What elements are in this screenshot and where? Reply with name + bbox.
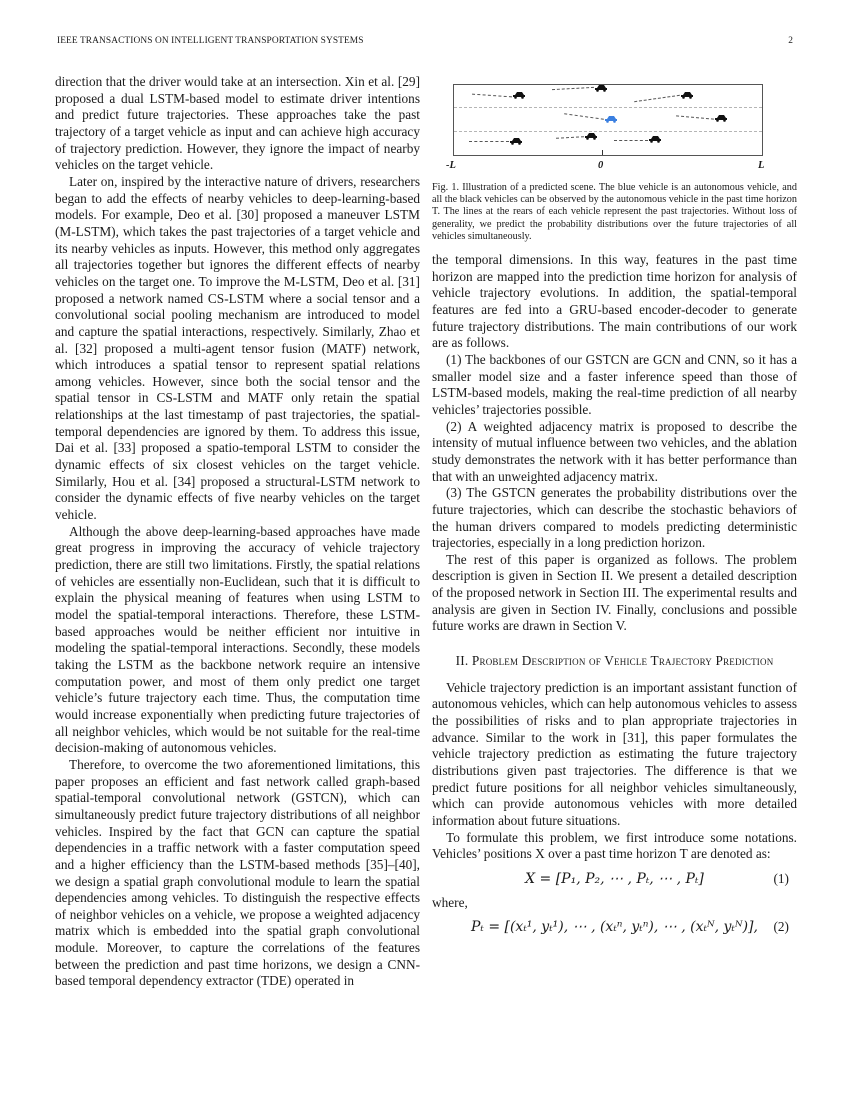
- axis-label-neg-l: -L: [446, 158, 456, 175]
- right-column: -L 0 L Fig. 1. Illustration of a predict…: [432, 74, 797, 944]
- running-header: IEEE TRANSACTIONS ON INTELLIGENT TRANSPO…: [57, 36, 793, 50]
- vehicle-icon: [680, 91, 694, 99]
- paragraph: direction that the driver would take at …: [55, 74, 420, 174]
- autonomous-vehicle-icon: [604, 115, 618, 123]
- where-label: where,: [432, 895, 797, 912]
- axis-label-zero: 0: [598, 158, 603, 175]
- contribution-2: (2) A weighted adjacency matrix is propo…: [432, 419, 797, 486]
- trajectory-line: [614, 140, 648, 141]
- contribution-3: (3) The GSTCN generates the probability …: [432, 485, 797, 552]
- vehicle-icon: [594, 84, 608, 92]
- contribution-1: (1) The backbones of our GSTCN are GCN a…: [432, 352, 797, 419]
- trajectory-line: [634, 95, 680, 102]
- paragraph: Vehicle trajectory prediction is an impo…: [432, 680, 797, 830]
- trajectory-line: [676, 115, 714, 119]
- paragraph: the temporal dimensions. In this way, fe…: [432, 252, 797, 352]
- vehicle-icon: [584, 132, 598, 140]
- trajectory-line: [472, 94, 512, 98]
- trajectory-line: [556, 136, 584, 138]
- equation-2-number: (2): [773, 919, 789, 936]
- lane-divider: [454, 107, 762, 108]
- paragraph: Therefore, to overcome the two aforement…: [55, 757, 420, 990]
- paragraph: Later on, inspired by the interactive na…: [55, 174, 420, 524]
- paragraph: Although the above deep-learning-based a…: [55, 524, 420, 757]
- section-heading: II. Problem Description of Vehicle Traje…: [432, 653, 797, 670]
- figure-1: -L 0 L Fig. 1. Illustration of a predict…: [432, 74, 797, 252]
- vehicle-icon: [714, 114, 728, 122]
- trajectory-line: [469, 141, 509, 142]
- vehicle-icon: [512, 91, 526, 99]
- equation-2-body: Pₜ = [(xₜ¹, yₜ¹), ⋯ , (xₜⁿ, yₜⁿ), ⋯ , (x…: [471, 919, 758, 936]
- vehicle-icon: [509, 137, 523, 145]
- figure-caption: Fig. 1. Illustration of a predicted scen…: [432, 182, 797, 243]
- equation-1: X = [P₁, P₂, ⋯ , Pₜ, ⋯ , Pₜ] (1): [432, 863, 797, 895]
- left-column: direction that the driver would take at …: [55, 74, 420, 990]
- equation-2: Pₜ = [(xₜ¹, yₜ¹), ⋯ , (xₜⁿ, yₜⁿ), ⋯ , (x…: [432, 912, 797, 944]
- axis-label-l: L: [758, 158, 764, 175]
- axis-tick-zero: [602, 150, 603, 155]
- equation-1-body: X = [P₁, P₂, ⋯ , Pₜ, ⋯ , Pₜ]: [525, 871, 704, 888]
- equation-1-number: (1): [773, 871, 789, 888]
- page-number: 2: [788, 36, 793, 46]
- road-scene-diagram: [453, 84, 763, 156]
- trajectory-line: [564, 113, 604, 120]
- vehicle-icon: [648, 135, 662, 143]
- lane-divider: [454, 131, 762, 132]
- trajectory-line: [552, 87, 594, 90]
- journal-title: IEEE TRANSACTIONS ON INTELLIGENT TRANSPO…: [57, 36, 364, 46]
- paper-organization: The rest of this paper is organized as f…: [432, 552, 797, 635]
- paragraph: To formulate this problem, we first intr…: [432, 830, 797, 863]
